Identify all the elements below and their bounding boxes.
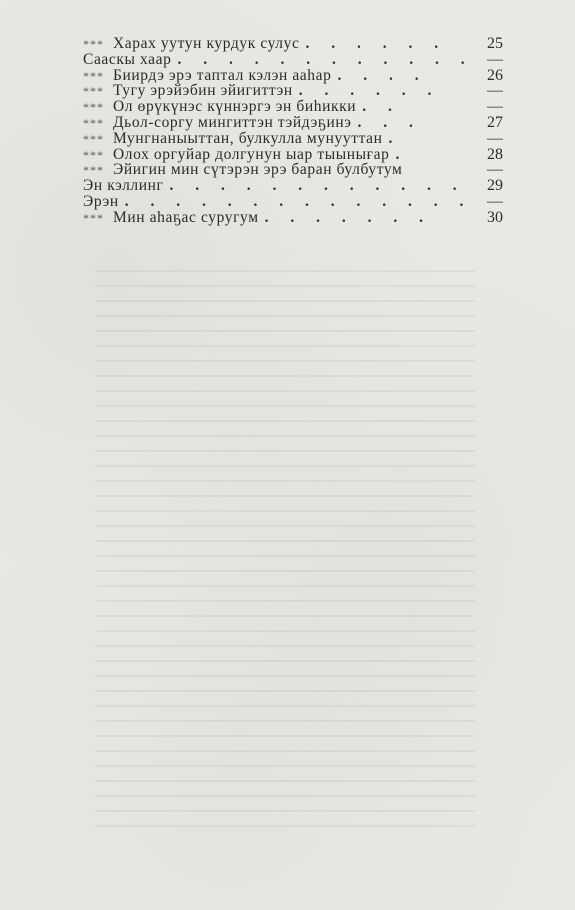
dot-leader: . . . . . . bbox=[299, 83, 469, 98]
asterism-marker: *** bbox=[83, 148, 113, 163]
dot-leader: . . . . . . . . . . . . . . bbox=[170, 178, 469, 193]
page-number: 27 bbox=[475, 115, 503, 130]
dot-leader: . . bbox=[362, 99, 469, 114]
page-number: — bbox=[475, 52, 503, 67]
toc-entry: *** Ол өрүкүнэс күннэргэ эн биһикки . . … bbox=[83, 99, 503, 115]
entry-title: Мин аһаҕас суругум bbox=[113, 210, 259, 225]
page-number: 25 bbox=[475, 36, 503, 51]
dot-leader: . bbox=[389, 131, 469, 146]
page-number: 29 bbox=[475, 178, 503, 193]
page-number: — bbox=[475, 194, 503, 209]
entry-title: Тугу эрэйэбин эйигиттэн bbox=[113, 83, 293, 98]
toc-entry: *** Мин аһаҕас суругум . . . . . . . 30 bbox=[83, 210, 503, 226]
dot-leader: . bbox=[395, 147, 469, 162]
entry-title: Эн кэллинг bbox=[83, 178, 164, 193]
toc-entry: *** Дьол-соргу мингиттэн тэйдэҕинэ . . .… bbox=[83, 115, 503, 131]
asterism-marker: *** bbox=[83, 132, 113, 147]
toc-entry: *** Тугу эрэйэбин эйигиттэн . . . . . . … bbox=[83, 83, 503, 99]
book-page: *** Харах уутун курдук сулус . . . . . .… bbox=[0, 0, 575, 910]
asterism-marker: *** bbox=[83, 116, 113, 131]
page-number: — bbox=[475, 99, 503, 114]
page-number: 30 bbox=[475, 210, 503, 225]
asterism-marker: *** bbox=[83, 37, 113, 52]
page-number: — bbox=[475, 162, 503, 177]
page-number: 28 bbox=[475, 147, 503, 162]
toc-entry: Эн кэллинг . . . . . . . . . . . . . . 2… bbox=[83, 178, 503, 194]
entry-title: Эрэн bbox=[83, 194, 119, 209]
entry-title: Сааскы хаар bbox=[83, 52, 171, 67]
toc-entry: *** Биирдэ эрэ таптал кэлэн ааһар . . . … bbox=[83, 68, 503, 84]
toc-entry: *** Олох оргуйар долгунун ыар тыынығар .… bbox=[83, 147, 503, 163]
toc-entry: Сааскы хаар . . . . . . . . . . . . . — bbox=[83, 52, 503, 68]
entry-title: Дьол-соргу мингиттэн тэйдэҕинэ bbox=[113, 115, 352, 130]
dot-leader: . . . . . . . . . . . . . . . . bbox=[125, 194, 469, 209]
entry-title: Харах уутун курдук сулус bbox=[113, 36, 299, 51]
asterism-marker: *** bbox=[83, 100, 113, 115]
asterism-marker: *** bbox=[83, 163, 113, 178]
asterism-marker: *** bbox=[83, 84, 113, 99]
toc-entry: Эрэн . . . . . . . . . . . . . . . . — bbox=[83, 194, 503, 210]
entry-title: Олох оргуйар долгунун ыар тыынығар bbox=[113, 147, 389, 162]
entry-title: Биирдэ эрэ таптал кэлэн ааһар bbox=[113, 68, 331, 83]
page-number: — bbox=[475, 83, 503, 98]
entry-title: Мунгнаныыттан, булкулла мунууттан bbox=[113, 131, 383, 146]
entry-title: Ол өрүкүнэс күннэргэ эн биһикки bbox=[113, 99, 356, 114]
toc-entry: *** Харах уутун курдук сулус . . . . . .… bbox=[83, 36, 503, 52]
dot-leader: . . . . . . . . . . . . . bbox=[177, 52, 469, 67]
dot-leader: . . . . bbox=[337, 68, 469, 83]
table-of-contents: *** Харах уутун курдук сулус . . . . . .… bbox=[83, 36, 503, 226]
dot-leader: . . . . . . . bbox=[265, 210, 469, 225]
asterism-marker: *** bbox=[83, 211, 113, 226]
page-number: 26 bbox=[475, 68, 503, 83]
entry-title: Эйигин мин сүтэрэн эрэ баран булбутум bbox=[113, 162, 402, 177]
toc-entry: *** Эйигин мин сүтэрэн эрэ баран булбуту… bbox=[83, 162, 503, 178]
dot-leader: . . . bbox=[358, 115, 469, 130]
dot-leader: . . . . . . bbox=[305, 36, 469, 51]
toc-entry: *** Мунгнаныыттан, булкулла мунууттан . … bbox=[83, 131, 503, 147]
page-number: — bbox=[475, 131, 503, 146]
reverse-side-show-through bbox=[95, 270, 475, 830]
asterism-marker: *** bbox=[83, 69, 113, 84]
